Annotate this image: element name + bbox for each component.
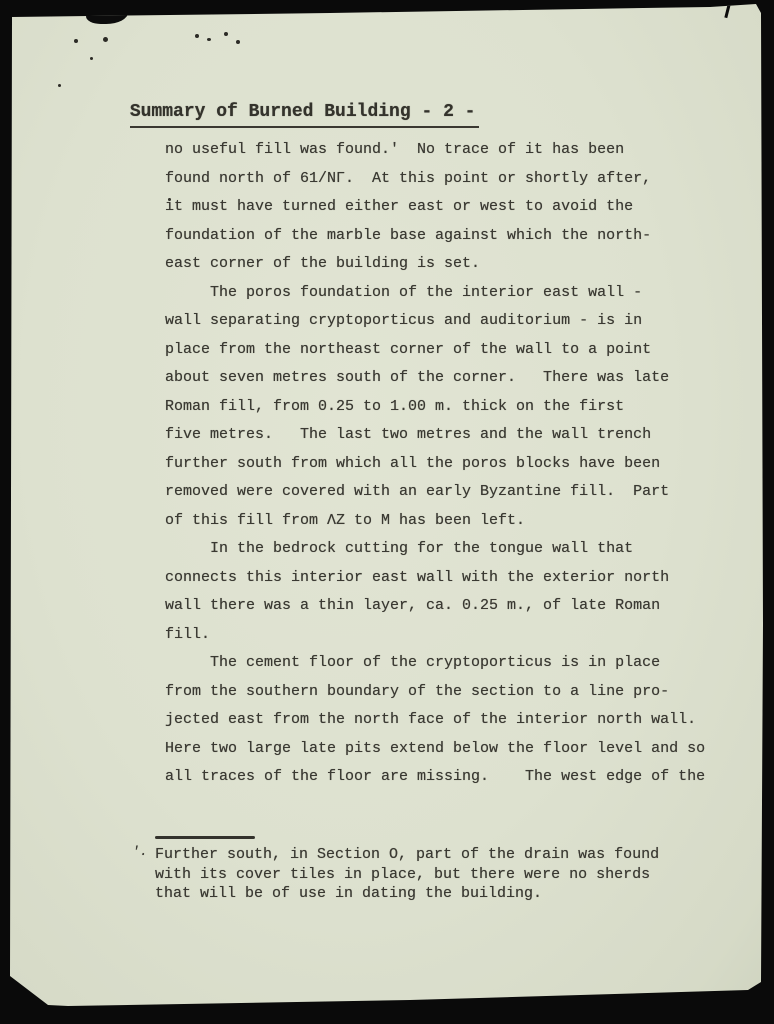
ink-speck bbox=[90, 57, 93, 60]
body-text-line: removed were covered with an early Byzan… bbox=[165, 478, 705, 507]
ink-speck bbox=[58, 84, 61, 87]
body-text-line: no useful fill was found.′ No trace of i… bbox=[165, 136, 705, 165]
body-text-line: wall there was a thin layer, ca. 0.25 m.… bbox=[165, 592, 705, 621]
body-text-line: The poros foundation of the interior eas… bbox=[165, 279, 705, 308]
body-text-line: all traces of the floor are missing. The… bbox=[165, 763, 705, 792]
page-title-text: Summary of Burned Building - 2 - bbox=[130, 102, 480, 128]
body-text-line: further south from which all the poros b… bbox=[165, 450, 705, 479]
top-right-tear-mark bbox=[724, 4, 730, 18]
scan-background: Summary of Burned Building - 2 - no usef… bbox=[0, 0, 774, 1024]
ink-speck bbox=[236, 40, 240, 44]
body-text-line: it must have turned either east or west … bbox=[165, 193, 705, 222]
body-text-line: foundation of the marble base against wh… bbox=[165, 222, 705, 251]
footnote-line: Further south, in Section O, part of the… bbox=[155, 845, 659, 865]
body-text-line: Roman fill, from 0.25 to 1.00 m. thick o… bbox=[165, 393, 705, 422]
footnote-marker: ′. bbox=[132, 844, 148, 859]
footnote-text-block: Further south, in Section O, part of the… bbox=[155, 845, 659, 904]
body-text-line: about seven metres south of the corner. … bbox=[165, 364, 705, 393]
body-text-line: jected east from the north face of the i… bbox=[165, 706, 705, 735]
ink-speck bbox=[195, 34, 199, 38]
body-text-line: of this fill from ΛZ to M has been left. bbox=[165, 507, 705, 536]
body-text-line: Here two large late pits extend below th… bbox=[165, 735, 705, 764]
footnote-line: with its cover tiles in place, but there… bbox=[155, 865, 659, 885]
body-text-line: place from the northeast corner of the w… bbox=[165, 336, 705, 365]
document-page: Summary of Burned Building - 2 - no usef… bbox=[10, 4, 763, 1010]
body-text-line: east corner of the building is set. bbox=[165, 250, 705, 279]
body-text-line: In the bedrock cutting for the tongue wa… bbox=[165, 535, 705, 564]
body-text-line: from the southern boundary of the sectio… bbox=[165, 678, 705, 707]
body-text-line: fill. bbox=[165, 621, 705, 650]
ink-speck bbox=[207, 38, 211, 41]
body-text-block: no useful fill was found.′ No trace of i… bbox=[165, 136, 705, 792]
body-text-line: found north of 61/ΝΓ. At this point or s… bbox=[165, 165, 705, 194]
body-text-line: wall separating cryptoporticus and audit… bbox=[165, 307, 705, 336]
body-text-line: The cement floor of the cryptoporticus i… bbox=[165, 649, 705, 678]
body-text-line: connects this interior east wall with th… bbox=[165, 564, 705, 593]
body-text-line: five metres. The last two metres and the… bbox=[165, 421, 705, 450]
footnote-line: that will be of use in dating the buildi… bbox=[155, 884, 659, 904]
ink-speck bbox=[224, 32, 228, 36]
footnote-separator-rule bbox=[155, 836, 255, 839]
ink-speck bbox=[74, 39, 78, 43]
ink-speck bbox=[103, 37, 108, 42]
top-edge-tear-blob bbox=[86, 2, 128, 24]
